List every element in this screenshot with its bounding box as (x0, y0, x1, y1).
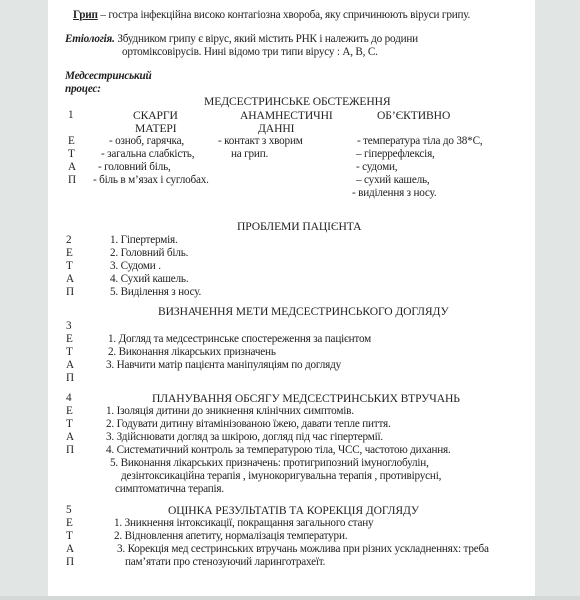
list-item: 1. Зникнення інтоксикації, покращання за… (114, 517, 373, 530)
list-item: 5. Виділення з носу. (110, 286, 201, 299)
list-item: 1. Гіпертермія. (110, 234, 201, 247)
stage-5-title: ОЦІНКА РЕЗУЛЬТАТІВ ТА КОРЕКЦІЯ ДОГЛЯДУ (168, 504, 419, 517)
list-item: 5. Виконання лікарських призначень: прот… (110, 457, 429, 470)
list-item: 2. Відновлення апетиту, нормалізація тем… (114, 530, 347, 543)
objective-item: - судоми, (356, 161, 397, 174)
intro-term: Грип (73, 9, 98, 21)
list-item: 3. Навчити матір пацієнта маніпуляціям п… (106, 359, 341, 372)
stage-2-title: ПРОБЛЕМИ ПАЦІЄНТА (237, 220, 361, 233)
etiology-line-1: Етіологія. Збудником грипу є вірус, який… (65, 33, 418, 46)
stage-1-title: МЕДСЕСТРИНСЬКЕ ОБСТЕЖЕННЯ (204, 95, 391, 108)
objective-item: – сухий кашель, (356, 174, 429, 187)
col-anamnesis-header-2: ДАННІ (258, 122, 294, 135)
process-label-1: Медсестринський (65, 70, 152, 83)
complaint-item: - біль в м’язах і суглобах. (93, 174, 209, 187)
objective-item: - температура тіла до 38*С, (357, 135, 482, 148)
list-item: 4. Систематичний контроль за температуро… (106, 444, 451, 457)
stage-1-letters: 1 Е Т А П (68, 109, 76, 187)
etiology-line-2: ортоміксовірусів. Нині відомо три типи в… (122, 46, 378, 59)
intro-line: Грип – гостра інфекційна високо контагіо… (73, 9, 470, 22)
complaint-item: - загальна слабкість, (101, 148, 194, 161)
list-item: 1. Ізоляція дитини до зникнення клінічни… (106, 405, 354, 418)
process-label-2: процес: (65, 83, 101, 96)
complaint-item: - озноб, гарячка, (109, 135, 184, 148)
list-item-continuation: симптоматична терапія. (115, 483, 224, 496)
complaint-item: - головний біль, (98, 161, 171, 174)
list-item: 2. Виконання лікарських призначень (108, 346, 276, 359)
list-item: 2. Головний біль. (110, 247, 201, 260)
list-item: 3. Судоми . (110, 260, 201, 273)
col-objective-header: ОБ’ЄКТИВНО (377, 109, 450, 122)
etiology-label: Етіологія. (65, 33, 115, 45)
col-anamnesis-header-1: АНАМНЕСТИЧНІ (240, 109, 333, 122)
objective-item: - виділення з носу. (352, 187, 436, 200)
list-item: 3. Корекція мед сестринських втручань мо… (117, 543, 489, 556)
stage-3-title: ВИЗНАЧЕННЯ МЕТИ МЕДСЕСТРИНСЬКОГО ДОГЛЯДУ (158, 305, 449, 318)
objective-item: – гіперрефлексія, (356, 148, 435, 161)
bottom-border (0, 596, 580, 600)
col-complaints-header-2: МАТЕРІ (135, 122, 177, 135)
list-item: 2. Годувати дитину вітамінізованою їжею,… (106, 418, 391, 431)
anamnesis-item: на грип. (231, 148, 268, 161)
stage-2-list: 1. Гіпертермія. 2. Головний біль. 3. Суд… (110, 234, 201, 299)
stage-4-letters: 4 Е Т А П (66, 392, 74, 457)
stage-2-letters: 2 Е Т А П (66, 234, 74, 299)
stage-4-title: ПЛАНУВАННЯ ОБСЯГУ МЕДСЕСТРИНСЬКИХ ВТРУЧА… (152, 392, 460, 405)
list-item: 4. Сухий кашель. (110, 273, 201, 286)
stage-3-letters: 3 Е Т А П (66, 320, 74, 385)
col-complaints-header-1: СКАРГИ (133, 109, 178, 122)
stage-5-letters: 5 Е Т А П (66, 504, 74, 569)
list-item-continuation: пам’ятати про стенозуючий ларинготрахеїт… (125, 556, 325, 569)
intro-definition: – гостра інфекційна високо контагіозна х… (98, 9, 470, 21)
list-item-continuation: дезінтоксикаційна терапія , імунокоригув… (121, 470, 441, 483)
list-item: 1. Догляд та медсестринське спостереженн… (108, 333, 371, 346)
anamnesis-item: - контакт з хворим (218, 135, 303, 148)
list-item: 3. Здійснювати догляд за шкірою, догляд … (106, 431, 383, 444)
